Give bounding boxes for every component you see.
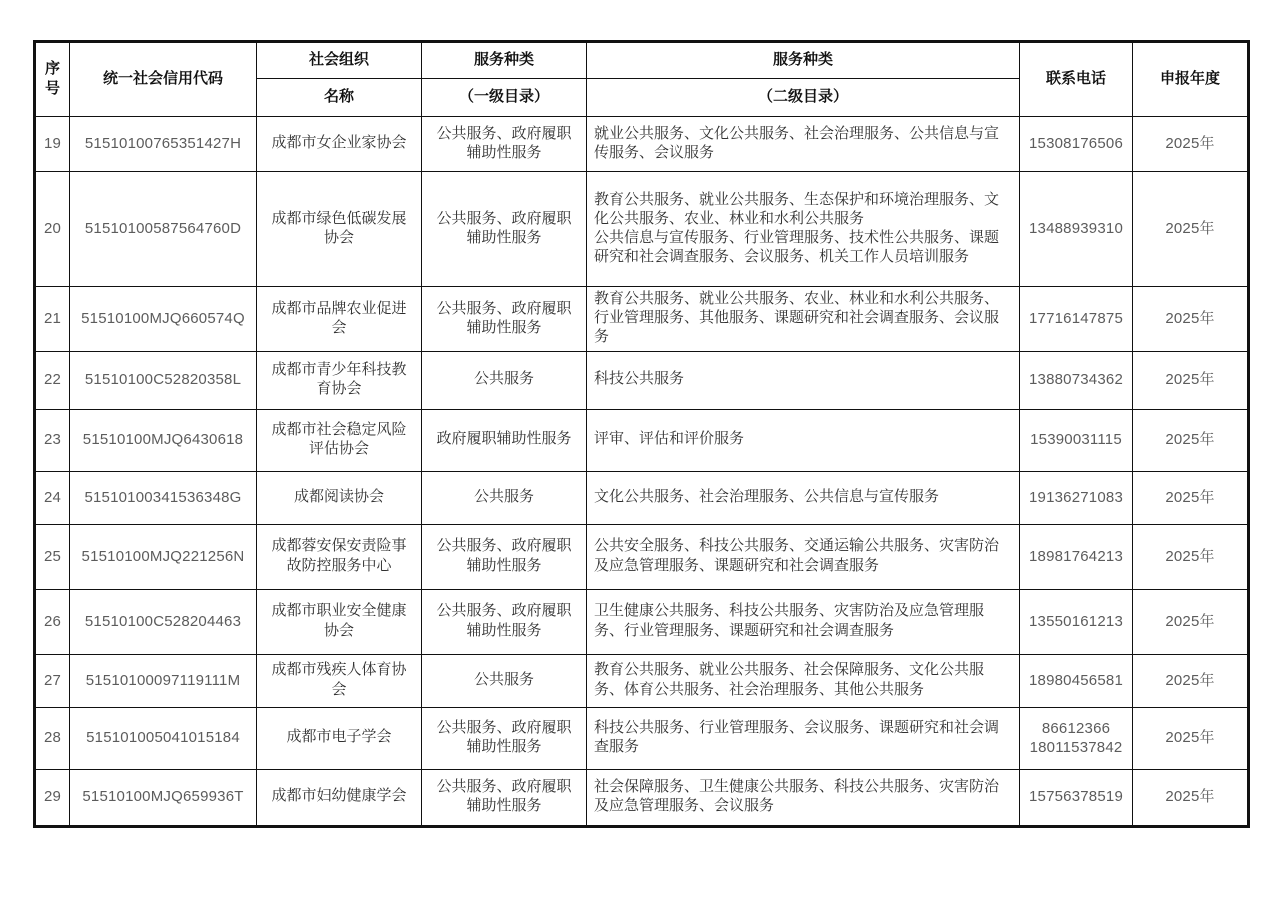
cell-credit-code-line: 51510100C528204463 — [74, 612, 252, 631]
cell-year-line: 2025年 — [1137, 547, 1243, 566]
cell-org-name: 成都市绿色低碳发展协会 — [257, 172, 422, 287]
cell-serial: 27 — [35, 654, 70, 707]
cell-org-name: 成都市品牌农业促进会 — [257, 287, 422, 352]
cell-credit-code-line: 51510100MJQ660574Q — [74, 309, 252, 328]
cell-phone-line: 18980456581 — [1024, 671, 1128, 690]
cell-service-lvl1: 公共服务 — [422, 471, 587, 524]
cell-service-lvl1-line: 公共服务、政府履职辅助性服务 — [432, 778, 576, 816]
table-row: 2951510100MJQ659936T成都市妇幼健康学会公共服务、政府履职辅助… — [35, 769, 1249, 826]
cell-org-name-line: 成都市女企业家协会 — [267, 134, 411, 153]
cell-serial-line: 26 — [40, 612, 65, 631]
cell-service-lvl1-line: 公共服务、政府履职辅助性服务 — [432, 210, 576, 248]
cell-year: 2025年 — [1133, 524, 1249, 589]
cell-service-lvl1-line: 公共服务 — [432, 370, 576, 389]
cell-credit-code: 51510100587564760D — [70, 172, 257, 287]
cell-credit-code: 51510100C52820358L — [70, 351, 257, 409]
cell-service-lvl2: 社会保障服务、卫生健康公共服务、科技公共服务、灾害防治及应急管理服务、会议服务 — [587, 769, 1020, 826]
cell-year-line: 2025年 — [1137, 728, 1243, 747]
cell-org-name: 成都市青少年科技教育协会 — [257, 351, 422, 409]
cell-service-lvl1: 公共服务、政府履职辅助性服务 — [422, 769, 587, 826]
cell-year-line: 2025年 — [1137, 488, 1243, 507]
cell-service-lvl1: 公共服务、政府履职辅助性服务 — [422, 707, 587, 769]
cell-serial: 25 — [35, 524, 70, 589]
cell-service-lvl2: 教育公共服务、就业公共服务、社会保障服务、文化公共服务、体育公共服务、社会治理服… — [587, 654, 1020, 707]
cell-phone: 17716147875 — [1020, 287, 1133, 352]
cell-serial-line: 22 — [40, 370, 65, 389]
cell-serial-line: 27 — [40, 671, 65, 690]
cell-service-lvl2-line: 评审、评估和评价服务 — [594, 430, 1012, 449]
cell-credit-code-line: 51510100MJQ6430618 — [74, 430, 252, 449]
cell-year: 2025年 — [1133, 117, 1249, 172]
cell-org-name: 成都市社会稳定风险评估协会 — [257, 409, 422, 471]
cell-service-lvl2-line: 社会保障服务、卫生健康公共服务、科技公共服务、灾害防治及应急管理服务、会议服务 — [594, 778, 1012, 816]
cell-service-lvl2: 教育公共服务、就业公共服务、农业、林业和水利公共服务、行业管理服务、其他服务、课… — [587, 287, 1020, 352]
cell-credit-code: 51510100MJQ659936T — [70, 769, 257, 826]
table-row: 2551510100MJQ221256N成都蓉安保安责险事故防控服务中心公共服务… — [35, 524, 1249, 589]
cell-service-lvl2: 科技公共服务、行业管理服务、会议服务、课题研究和社会调查服务 — [587, 707, 1020, 769]
cell-org-name-line: 成都市青少年科技教育协会 — [267, 361, 411, 399]
cell-service-lvl2: 就业公共服务、文化公共服务、社会治理服务、公共信息与宣传服务、会议服务 — [587, 117, 1020, 172]
header-col-credit-code: 统一社会信用代码 — [70, 42, 257, 117]
header-col-phone: 联系电话 — [1020, 42, 1133, 117]
organizations-table: 序号 统一社会信用代码 社会组织 服务种类 服务种类 联系电话 申报年度 名称 … — [33, 40, 1250, 828]
cell-year: 2025年 — [1133, 471, 1249, 524]
cell-year: 2025年 — [1133, 654, 1249, 707]
cell-org-name-line: 成都蓉安保安责险事故防控服务中心 — [267, 537, 411, 575]
cell-service-lvl1-line: 公共服务、政府履职辅助性服务 — [432, 537, 576, 575]
cell-org-name-line: 成都阅读协会 — [267, 488, 411, 507]
cell-phone-line: 86612366 — [1024, 719, 1128, 738]
cell-service-lvl1-line: 公共服务 — [432, 671, 576, 690]
cell-service-lvl2: 卫生健康公共服务、科技公共服务、灾害防治及应急管理服务、行业管理服务、课题研究和… — [587, 589, 1020, 654]
cell-phone-line: 15308176506 — [1024, 134, 1128, 153]
cell-year: 2025年 — [1133, 707, 1249, 769]
header-col-org-line1: 社会组织 — [257, 42, 422, 79]
cell-org-name-line: 成都市品牌农业促进会 — [267, 300, 411, 338]
cell-org-name: 成都市女企业家协会 — [257, 117, 422, 172]
cell-year-line: 2025年 — [1137, 787, 1243, 806]
cell-serial-line: 23 — [40, 430, 65, 449]
cell-year-line: 2025年 — [1137, 134, 1243, 153]
cell-phone: 15308176506 — [1020, 117, 1133, 172]
cell-service-lvl2: 教育公共服务、就业公共服务、生态保护和环境治理服务、文化公共服务、农业、林业和水… — [587, 172, 1020, 287]
cell-service-lvl1: 公共服务、政府履职辅助性服务 — [422, 524, 587, 589]
cell-service-lvl2-line: 科技公共服务、行业管理服务、会议服务、课题研究和社会调查服务 — [594, 719, 1012, 757]
cell-year-line: 2025年 — [1137, 430, 1243, 449]
cell-year: 2025年 — [1133, 589, 1249, 654]
cell-credit-code: 51510100MJQ660574Q — [70, 287, 257, 352]
cell-org-name-line: 成都市社会稳定风险评估协会 — [267, 421, 411, 459]
cell-service-lvl2: 评审、评估和评价服务 — [587, 409, 1020, 471]
cell-org-name: 成都市电子学会 — [257, 707, 422, 769]
cell-org-name-line: 成都市职业安全健康协会 — [267, 602, 411, 640]
table-row: 2251510100C52820358L成都市青少年科技教育协会公共服务科技公共… — [35, 351, 1249, 409]
cell-phone: 13488939310 — [1020, 172, 1133, 287]
cell-phone-line: 15756378519 — [1024, 787, 1128, 806]
cell-phone: 13880734362 — [1020, 351, 1133, 409]
cell-org-name: 成都阅读协会 — [257, 471, 422, 524]
cell-credit-code-line: 51510100587564760D — [74, 219, 252, 238]
cell-year-line: 2025年 — [1137, 309, 1243, 328]
cell-credit-code-line: 51510100097119111M — [74, 671, 252, 690]
cell-service-lvl2-line: 教育公共服务、就业公共服务、社会保障服务、文化公共服务、体育公共服务、社会治理服… — [594, 661, 1012, 699]
table-row: 28515101005041015184成都市电子学会公共服务、政府履职辅助性服… — [35, 707, 1249, 769]
cell-org-name: 成都蓉安保安责险事故防控服务中心 — [257, 524, 422, 589]
cell-service-lvl2-line: 公共安全服务、科技公共服务、交通运输公共服务、灾害防治及应急管理服务、课题研究和… — [594, 537, 1012, 575]
cell-phone: 18981764213 — [1020, 524, 1133, 589]
cell-phone-line: 13880734362 — [1024, 370, 1128, 389]
cell-year-line: 2025年 — [1137, 612, 1243, 631]
organizations-table-wrap: 序号 统一社会信用代码 社会组织 服务种类 服务种类 联系电话 申报年度 名称 … — [33, 40, 1247, 828]
cell-phone-line: 13550161213 — [1024, 612, 1128, 631]
cell-service-lvl2-line: 教育公共服务、就业公共服务、农业、林业和水利公共服务、行业管理服务、其他服务、课… — [594, 290, 1012, 348]
cell-serial: 23 — [35, 409, 70, 471]
cell-service-lvl1-line: 公共服务、政府履职辅助性服务 — [432, 125, 576, 163]
cell-service-lvl1-line: 政府履职辅助性服务 — [432, 430, 576, 449]
cell-serial: 21 — [35, 287, 70, 352]
cell-phone-line: 15390031115 — [1024, 430, 1128, 449]
cell-serial: 26 — [35, 589, 70, 654]
cell-year-line: 2025年 — [1137, 671, 1243, 690]
cell-phone: 18980456581 — [1020, 654, 1133, 707]
cell-service-lvl2-line: 就业公共服务、文化公共服务、社会治理服务、公共信息与宣传服务、会议服务 — [594, 125, 1012, 163]
cell-serial-line: 25 — [40, 547, 65, 566]
cell-credit-code-line: 51510100MJQ659936T — [74, 787, 252, 806]
cell-serial: 24 — [35, 471, 70, 524]
cell-service-lvl1: 公共服务、政府履职辅助性服务 — [422, 172, 587, 287]
table-row: 2151510100MJQ660574Q成都市品牌农业促进会公共服务、政府履职辅… — [35, 287, 1249, 352]
cell-credit-code-line: 51510100C52820358L — [74, 370, 252, 389]
cell-service-lvl1-line: 公共服务 — [432, 488, 576, 507]
table-row: 2051510100587564760D成都市绿色低碳发展协会公共服务、政府履职… — [35, 172, 1249, 287]
cell-service-lvl1: 公共服务 — [422, 654, 587, 707]
cell-service-lvl2: 文化公共服务、社会治理服务、公共信息与宣传服务 — [587, 471, 1020, 524]
cell-phone: 8661236618011537842 — [1020, 707, 1133, 769]
cell-service-lvl2: 公共安全服务、科技公共服务、交通运输公共服务、灾害防治及应急管理服务、课题研究和… — [587, 524, 1020, 589]
header-col-svc2-line2: （二级目录） — [587, 79, 1020, 117]
cell-serial: 28 — [35, 707, 70, 769]
cell-phone-line: 13488939310 — [1024, 219, 1128, 238]
cell-phone: 19136271083 — [1020, 471, 1133, 524]
cell-org-name-line: 成都市残疾人体育协会 — [267, 661, 411, 699]
cell-serial-line: 21 — [40, 309, 65, 328]
cell-service-lvl2: 科技公共服务 — [587, 351, 1020, 409]
cell-org-name: 成都市职业安全健康协会 — [257, 589, 422, 654]
cell-year: 2025年 — [1133, 351, 1249, 409]
cell-serial-line: 24 — [40, 488, 65, 507]
header-col-serial: 序号 — [35, 42, 70, 117]
table-row: 1951510100765351427H成都市女企业家协会公共服务、政府履职辅助… — [35, 117, 1249, 172]
cell-credit-code: 51510100765351427H — [70, 117, 257, 172]
cell-phone: 13550161213 — [1020, 589, 1133, 654]
cell-credit-code-line: 51510100765351427H — [74, 134, 252, 153]
table-header: 序号 统一社会信用代码 社会组织 服务种类 服务种类 联系电话 申报年度 名称 … — [35, 42, 1249, 117]
table-row: 2451510100341536348G成都阅读协会公共服务文化公共服务、社会治… — [35, 471, 1249, 524]
cell-service-lvl1: 公共服务、政府履职辅助性服务 — [422, 117, 587, 172]
cell-org-name: 成都市残疾人体育协会 — [257, 654, 422, 707]
cell-credit-code: 51510100097119111M — [70, 654, 257, 707]
cell-serial-line: 29 — [40, 787, 65, 806]
cell-org-name: 成都市妇幼健康学会 — [257, 769, 422, 826]
table-row: 2651510100C528204463成都市职业安全健康协会公共服务、政府履职… — [35, 589, 1249, 654]
cell-credit-code: 51510100MJQ221256N — [70, 524, 257, 589]
cell-year: 2025年 — [1133, 172, 1249, 287]
cell-serial: 22 — [35, 351, 70, 409]
cell-service-lvl2-line: 文化公共服务、社会治理服务、公共信息与宣传服务 — [594, 488, 1012, 507]
cell-phone-line: 18981764213 — [1024, 547, 1128, 566]
cell-year-line: 2025年 — [1137, 370, 1243, 389]
cell-credit-code-line: 51510100MJQ221256N — [74, 547, 252, 566]
cell-serial: 29 — [35, 769, 70, 826]
header-col-svc2-line1: 服务种类 — [587, 42, 1020, 79]
cell-phone: 15756378519 — [1020, 769, 1133, 826]
header-col-svc1-line1: 服务种类 — [422, 42, 587, 79]
table-row: 2351510100MJQ6430618成都市社会稳定风险评估协会政府履职辅助性… — [35, 409, 1249, 471]
cell-credit-code: 51510100341536348G — [70, 471, 257, 524]
cell-credit-code-line: 515101005041015184 — [74, 728, 252, 747]
table-row: 2751510100097119111M成都市残疾人体育协会公共服务教育公共服务… — [35, 654, 1249, 707]
cell-phone-line: 17716147875 — [1024, 309, 1128, 328]
cell-year: 2025年 — [1133, 409, 1249, 471]
cell-serial-line: 19 — [40, 134, 65, 153]
cell-phone-line: 18011537842 — [1024, 738, 1128, 757]
cell-credit-code: 515101005041015184 — [70, 707, 257, 769]
cell-credit-code: 51510100MJQ6430618 — [70, 409, 257, 471]
cell-service-lvl1-line: 公共服务、政府履职辅助性服务 — [432, 719, 576, 757]
cell-phone: 15390031115 — [1020, 409, 1133, 471]
cell-serial-line: 28 — [40, 728, 65, 747]
cell-service-lvl2-line: 卫生健康公共服务、科技公共服务、灾害防治及应急管理服务、行业管理服务、课题研究和… — [594, 602, 1012, 640]
cell-service-lvl1-line: 公共服务、政府履职辅助性服务 — [432, 300, 576, 338]
cell-service-lvl2-line: 公共信息与宣传服务、行业管理服务、技术性公共服务、课题研究和社会调查服务、会议服… — [594, 229, 1012, 267]
cell-org-name-line: 成都市电子学会 — [267, 728, 411, 747]
cell-year: 2025年 — [1133, 769, 1249, 826]
cell-serial-line: 20 — [40, 219, 65, 238]
cell-credit-code: 51510100C528204463 — [70, 589, 257, 654]
cell-year-line: 2025年 — [1137, 219, 1243, 238]
cell-org-name-line: 成都市妇幼健康学会 — [267, 787, 411, 806]
cell-service-lvl1: 公共服务 — [422, 351, 587, 409]
header-col-svc1-line2: （一级目录） — [422, 79, 587, 117]
cell-service-lvl1-line: 公共服务、政府履职辅助性服务 — [432, 602, 576, 640]
cell-service-lvl1: 公共服务、政府履职辅助性服务 — [422, 287, 587, 352]
table-body: 1951510100765351427H成都市女企业家协会公共服务、政府履职辅助… — [35, 117, 1249, 827]
cell-service-lvl2-line: 教育公共服务、就业公共服务、生态保护和环境治理服务、文化公共服务、农业、林业和水… — [594, 191, 1012, 229]
cell-phone-line: 19136271083 — [1024, 488, 1128, 507]
header-col-org-line2: 名称 — [257, 79, 422, 117]
cell-serial: 19 — [35, 117, 70, 172]
cell-credit-code-line: 51510100341536348G — [74, 488, 252, 507]
cell-service-lvl2-line: 科技公共服务 — [594, 370, 1012, 389]
document-page: { "table": { "header": { "col_no": "序号",… — [0, 0, 1280, 905]
header-col-year: 申报年度 — [1133, 42, 1249, 117]
cell-org-name-line: 成都市绿色低碳发展协会 — [267, 210, 411, 248]
cell-year: 2025年 — [1133, 287, 1249, 352]
cell-serial: 20 — [35, 172, 70, 287]
cell-service-lvl1: 政府履职辅助性服务 — [422, 409, 587, 471]
cell-service-lvl1: 公共服务、政府履职辅助性服务 — [422, 589, 587, 654]
